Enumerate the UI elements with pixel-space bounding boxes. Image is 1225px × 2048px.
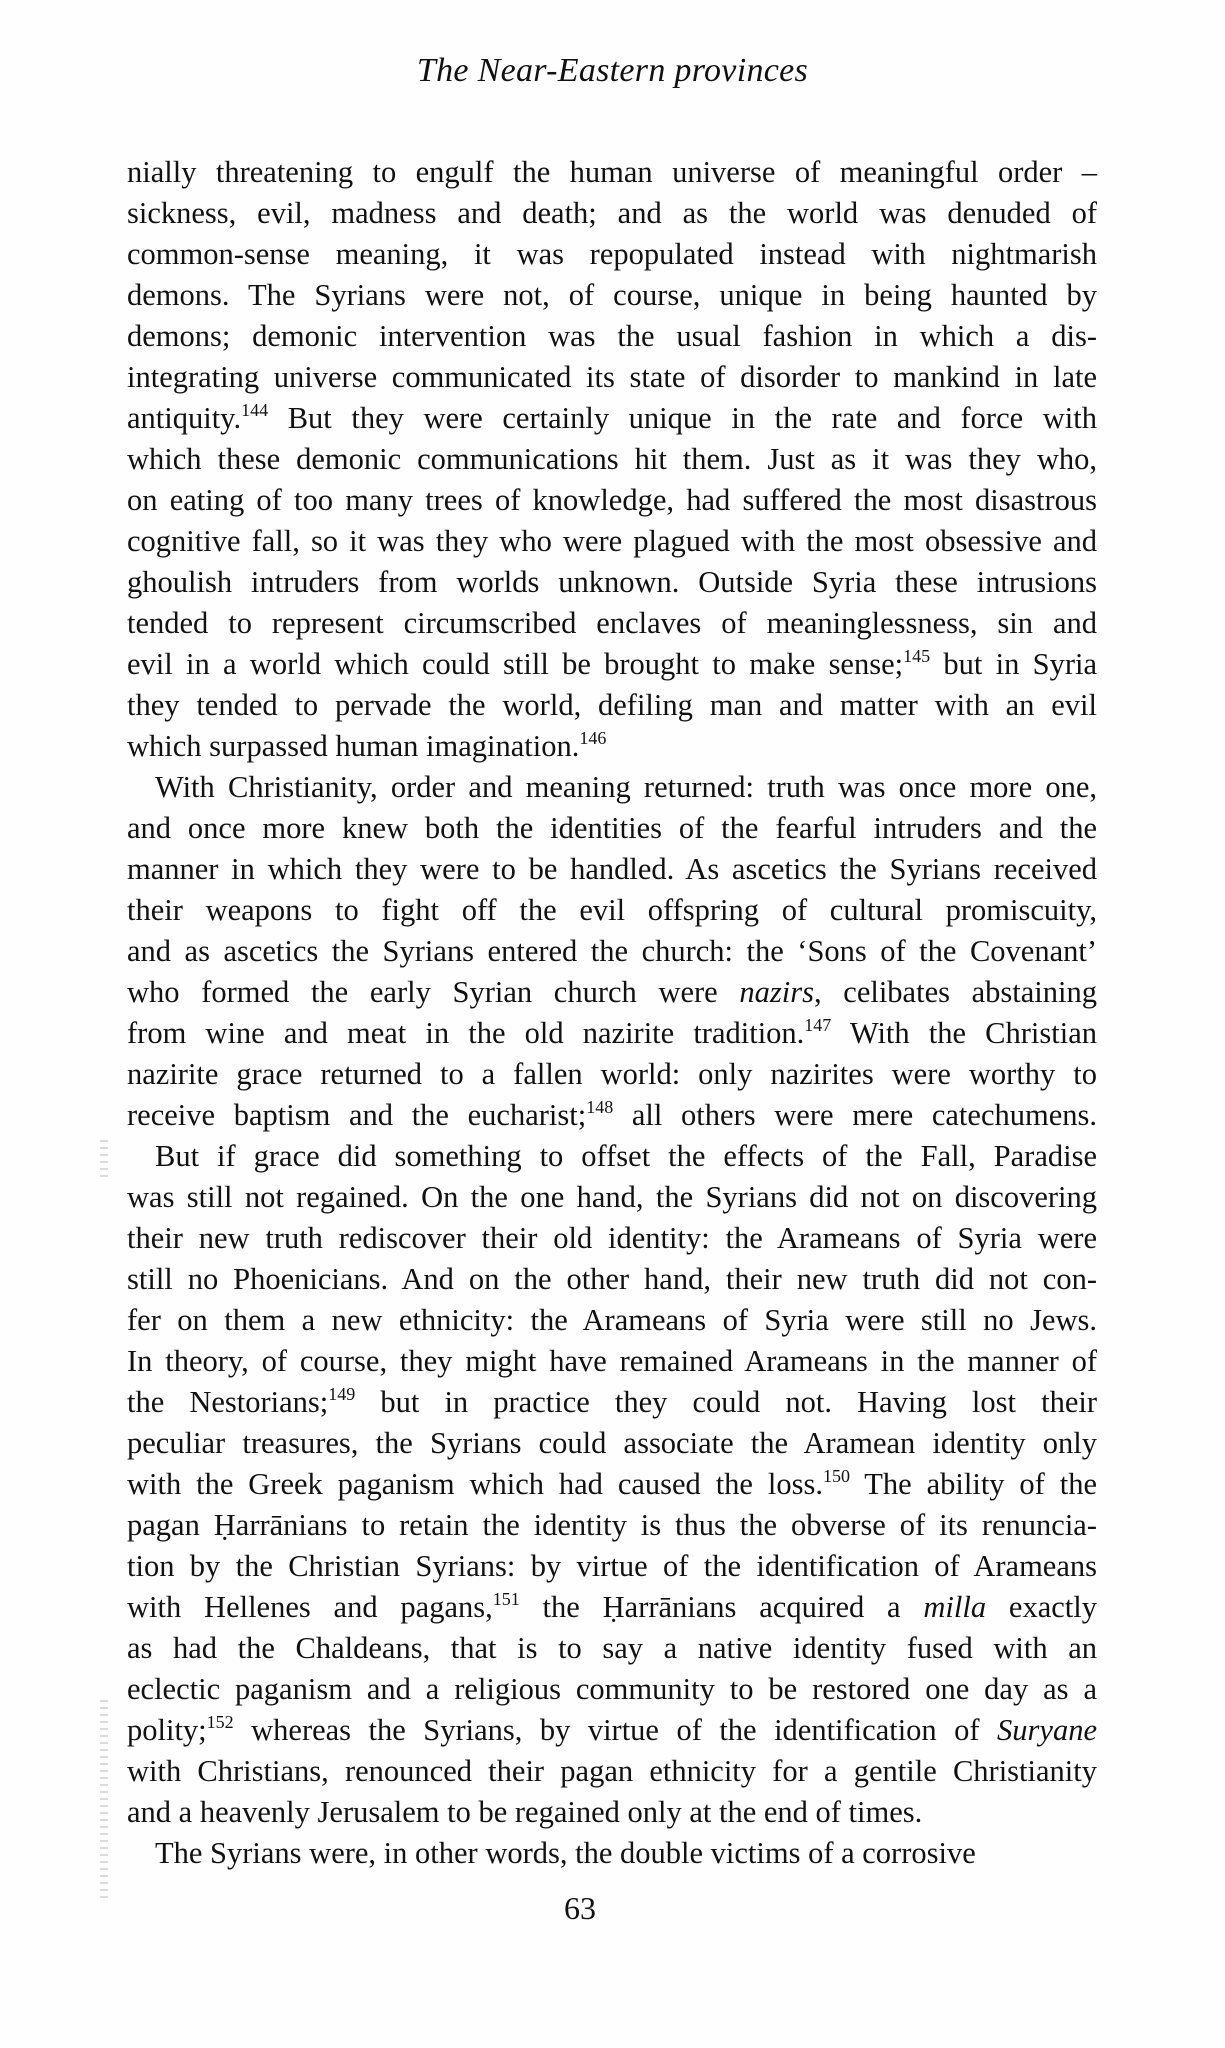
text-line: But if grace did something to offset the…: [127, 1136, 1097, 1177]
text-line: and as ascetics the Syrians entered the …: [127, 931, 1097, 972]
text-line: their weapons to fight off the evil offs…: [127, 890, 1097, 931]
footnote-ref: 146: [579, 728, 606, 748]
footnote-ref: 148: [586, 1097, 613, 1117]
text-line: In theory, of course, they might have re…: [127, 1341, 1097, 1382]
text-line: ghoulish intruders from worlds unknown. …: [127, 562, 1097, 603]
book-page: The Near-Eastern provinces nially threat…: [0, 0, 1225, 2048]
text-line: nially threatening to engulf the human u…: [127, 152, 1097, 193]
italic-term: milla: [923, 1590, 986, 1624]
footnote-ref: 145: [903, 646, 930, 666]
text-line: who formed the early Syrian church were …: [127, 972, 1097, 1013]
text-line: tion by the Christian Syrians: by virtue…: [127, 1546, 1097, 1587]
text-line: fer on them a new ethnicity: the Aramean…: [127, 1300, 1097, 1341]
text-line: evil in a world which could still be bro…: [127, 644, 1097, 685]
footnote-ref: 151: [493, 1589, 520, 1609]
text-line: with Christians, renounced their pagan e…: [127, 1751, 1097, 1792]
text-line: cognitive fall, so it was they who were …: [127, 521, 1097, 562]
text-line: demons. The Syrians were not, of course,…: [127, 275, 1097, 316]
text-line: nazirite grace returned to a fallen worl…: [127, 1054, 1097, 1095]
scan-artifact: [100, 1700, 108, 1900]
running-head: The Near-Eastern provinces: [0, 52, 1225, 90]
text-line: The Syrians were, in other words, the do…: [127, 1833, 1097, 1874]
scan-artifact: [100, 1140, 108, 1180]
text-line: tended to represent circumscribed enclav…: [127, 603, 1097, 644]
body-text: nially threatening to engulf the human u…: [127, 152, 1097, 1874]
text-line: receive baptism and the eucharist;148 al…: [127, 1095, 1097, 1136]
text-line: eclectic paganism and a religious commun…: [127, 1669, 1097, 1710]
footnote-ref: 147: [804, 1015, 831, 1035]
text-line: integrating universe communicated its st…: [127, 357, 1097, 398]
footnote-ref: 149: [328, 1384, 355, 1404]
text-line: peculiar treasures, the Syrians could as…: [127, 1423, 1097, 1464]
text-line: they tended to pervade the world, defili…: [127, 685, 1097, 726]
text-line: pagan Ḥarrānians to retain the identity …: [127, 1505, 1097, 1546]
text-line: which these demonic communications hit t…: [127, 439, 1097, 480]
text-line: and a heavenly Jerusalem to be regained …: [127, 1792, 1097, 1833]
text-line: their new truth rediscover their old ide…: [127, 1218, 1097, 1259]
italic-term: Suryane: [997, 1713, 1097, 1747]
text-line: sickness, evil, madness and death; and a…: [127, 193, 1097, 234]
text-line: still no Phoenicians. And on the other h…: [127, 1259, 1097, 1300]
text-line: was still not regained. On the one hand,…: [127, 1177, 1097, 1218]
page-number: 63: [0, 1890, 1160, 1927]
text-line: common-sense meaning, it was repopulated…: [127, 234, 1097, 275]
text-line: antiquity.144 But they were certainly un…: [127, 398, 1097, 439]
text-line: as had the Chaldeans, that is to say a n…: [127, 1628, 1097, 1669]
footnote-ref: 152: [207, 1712, 234, 1732]
text-line: with Hellenes and pagans,151 the Ḥarrāni…: [127, 1587, 1097, 1628]
text-line: manner in which they were to be handled.…: [127, 849, 1097, 890]
text-line: and once more knew both the identities o…: [127, 808, 1097, 849]
text-line: the Nestorians;149 but in practice they …: [127, 1382, 1097, 1423]
text-line: With Christianity, order and meaning ret…: [127, 767, 1097, 808]
footnote-ref: 144: [241, 400, 268, 420]
text-line: demons; demonic intervention was the usu…: [127, 316, 1097, 357]
footnote-ref: 150: [823, 1466, 850, 1486]
text-line: on eating of too many trees of knowledge…: [127, 480, 1097, 521]
text-line: from wine and meat in the old nazirite t…: [127, 1013, 1097, 1054]
text-line: polity;152 whereas the Syrians, by virtu…: [127, 1710, 1097, 1751]
text-line: which surpassed human imagination.146: [127, 726, 1097, 767]
text-line: with the Greek paganism which had caused…: [127, 1464, 1097, 1505]
italic-term: nazirs: [739, 975, 814, 1009]
